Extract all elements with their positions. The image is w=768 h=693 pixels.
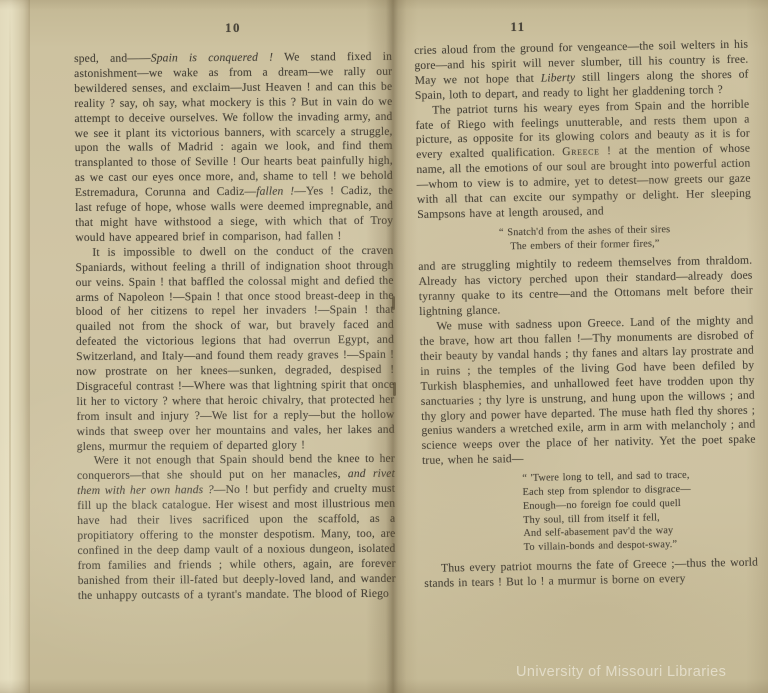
text-run: It is impossible to dwell on the conduct… <box>75 244 394 453</box>
verse-quote: “ Snatch'd from the ashes of their sires… <box>418 221 752 255</box>
book-scan: 10 sped, and——Spain is conquered ! We st… <box>0 0 768 693</box>
text-run: Thus every patriot mourns the fate of Gr… <box>424 555 758 589</box>
text-run: We stand fixed in astonishment—we wake a… <box>74 50 393 199</box>
text-run: fallen ! <box>256 185 294 198</box>
paragraph: sped, and——Spain is conquered ! We stand… <box>74 50 393 246</box>
paragraph: The patriot turns his weary eyes from Sp… <box>415 97 751 223</box>
page-10: 10 sped, and——Spain is conquered ! We st… <box>30 0 366 693</box>
gutter-nick <box>393 382 396 396</box>
page-text: sped, and——Spain is conquered ! We stand… <box>74 50 396 604</box>
verse-quote: “ 'Twere long to tell, and sad to trace,… <box>522 468 758 555</box>
page-11: 11 cries aloud from the ground for venge… <box>418 0 768 693</box>
text-run: Spain is conquered ! <box>151 51 274 65</box>
paragraph: and are struggling mightily to redeem th… <box>418 254 753 320</box>
paragraph: cries aloud from the ground for vengeanc… <box>414 38 749 104</box>
text-run: We muse with sadness upon Greece. Land o… <box>420 314 756 468</box>
page-number: 11 <box>418 19 618 35</box>
text-run: Greece ! <box>562 145 612 159</box>
text-run: and are struggling mightily to redeem th… <box>418 254 753 318</box>
paragraph: We muse with sadness upon Greece. Land o… <box>419 314 756 469</box>
page-text: cries aloud from the ground for vengeanc… <box>414 38 758 592</box>
library-watermark: University of Missouri Libraries <box>516 664 726 680</box>
text-run: —No ! but perfidy and cruelty must fill … <box>77 482 396 602</box>
text-run: Liberty <box>541 71 576 85</box>
gutter-nick <box>392 296 395 310</box>
page-edge-strip <box>0 0 30 693</box>
page-edge-line <box>9 0 11 693</box>
text-run: sped, and—— <box>74 51 151 65</box>
paragraph: Were it not enough that Spain should ben… <box>77 452 396 603</box>
paragraph: It is impossible to dwell on the conduct… <box>75 244 394 455</box>
page-number: 10 <box>74 20 392 36</box>
paragraph: Thus every patriot mourns the fate of Gr… <box>424 555 759 591</box>
